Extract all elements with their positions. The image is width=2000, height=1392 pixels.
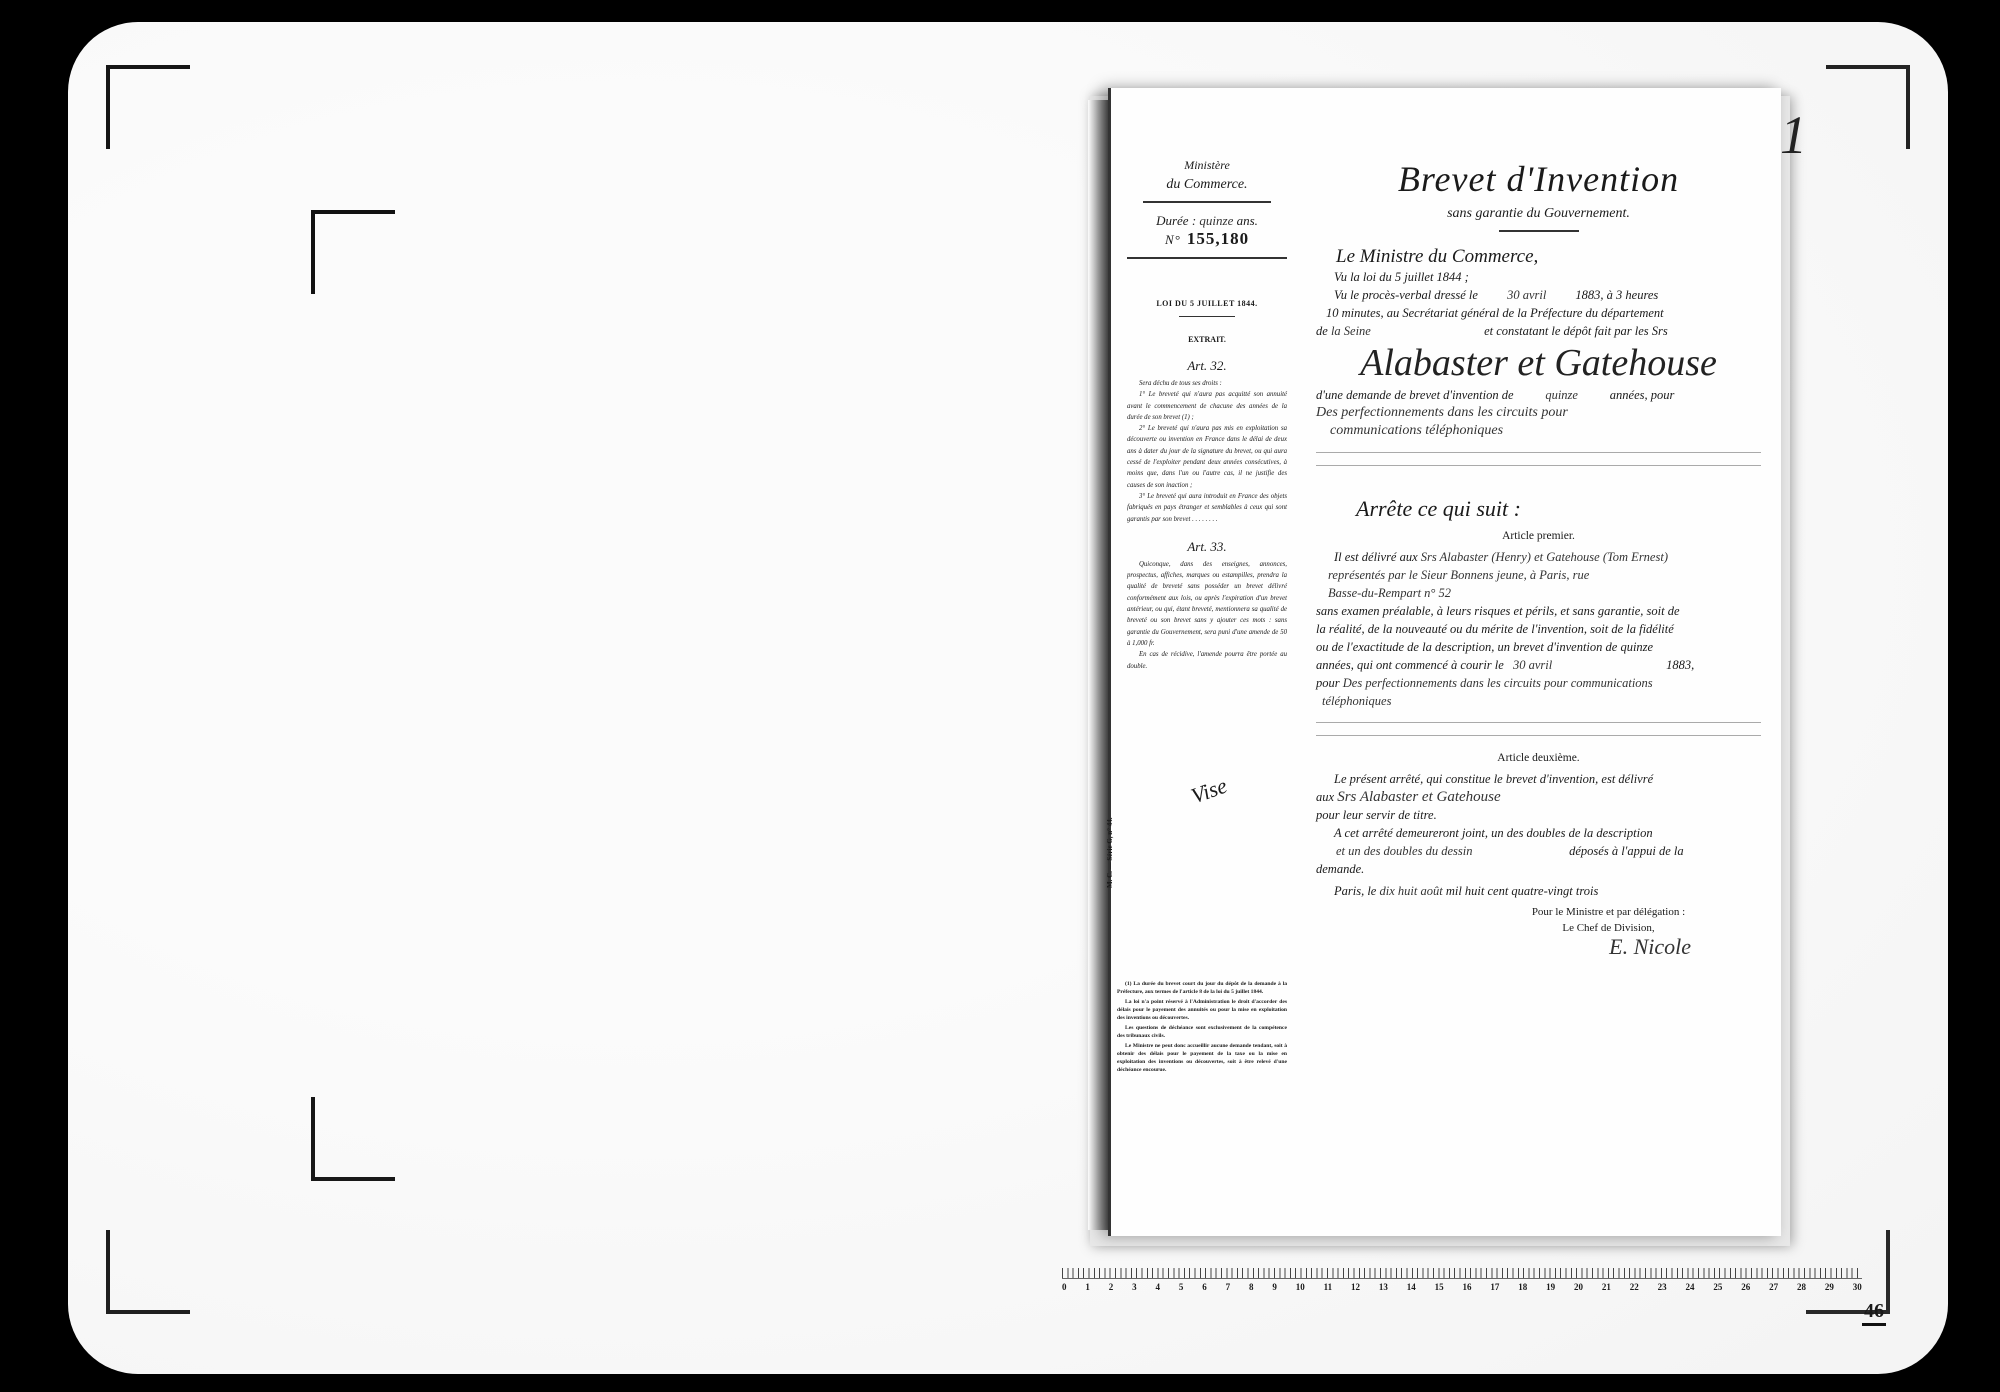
ruler-tick: 3 xyxy=(1132,1282,1137,1292)
art33-paragraph: En cas de récidive, l'amende pourra être… xyxy=(1127,649,1287,672)
divider xyxy=(1143,201,1271,203)
duration: Durée : quinze ans. xyxy=(1127,213,1287,229)
film-frame-number: 46 xyxy=(1862,1300,1886,1326)
article2-heading: Article deuxième. xyxy=(1316,752,1761,764)
crop-mark-bottom-left xyxy=(106,1230,190,1314)
ruler-tick: 5 xyxy=(1179,1282,1184,1292)
article2-attachments: et un des doubles du dessin xyxy=(1316,842,1566,860)
art32-text: Sera déchu de tous ses droits : 1° Le br… xyxy=(1127,378,1287,525)
issue-year: mil huit cent quatre-vingt trois xyxy=(1446,884,1599,898)
ruler-tick: 8 xyxy=(1249,1282,1254,1292)
text: Paris, le xyxy=(1334,884,1376,898)
invention-title-line1: Des perfectionnements dans les circuits … xyxy=(1316,404,1761,422)
number-value: 155,180 xyxy=(1187,229,1249,248)
ruler-tick: 24 xyxy=(1686,1282,1695,1292)
department-line: de la Seine et constatant le dépôt fait … xyxy=(1316,322,1761,340)
ruler-tick: 7 xyxy=(1226,1282,1231,1292)
text: Vu le procès-verbal dressé le xyxy=(1334,288,1478,302)
article1-beneficiaries: Srs Alabaster (Henry) et Gatehouse (Tom … xyxy=(1421,550,1668,564)
text: pour xyxy=(1316,676,1340,690)
article1-line1: Il est délivré aux Srs Alabaster (Henry)… xyxy=(1316,548,1761,566)
article1-representative: représentés par le Sieur Bonnens jeune, … xyxy=(1316,566,1761,584)
arrete-heading: Arrête ce qui suit : xyxy=(1316,496,1761,522)
article2-line: pour leur servir de titre. xyxy=(1316,806,1761,824)
footnote: Les questions de déchéance sont exclusiv… xyxy=(1117,1024,1287,1040)
crop-mark-inner-top-left xyxy=(311,210,395,294)
ruler-tick: 2 xyxy=(1109,1282,1114,1292)
ruler-tick: 14 xyxy=(1407,1282,1416,1292)
text: déposés à l'appui de la xyxy=(1569,844,1683,858)
art32-paragraph: 3° Le breveté qui aura introduit en Fran… xyxy=(1127,491,1287,525)
blank-line xyxy=(1316,735,1761,736)
ruler-tick: 25 xyxy=(1713,1282,1722,1292)
footnote: La loi n'a point réservé à l'Administrat… xyxy=(1117,998,1287,1022)
ruler-tick: 16 xyxy=(1463,1282,1472,1292)
demande-duration: quinze xyxy=(1517,386,1607,404)
article1-invention-line: pour Des perfectionnements dans les circ… xyxy=(1316,674,1761,692)
article2-recipients-line: aux Srs Alabaster et Gatehouse xyxy=(1316,788,1761,806)
invention-title-line2: communications téléphoniques xyxy=(1316,422,1761,440)
delegation-line: Pour le Ministre et par délégation : xyxy=(1456,906,1761,918)
divider xyxy=(1127,257,1287,259)
proces-year: 1883, à 3 heures xyxy=(1575,288,1658,302)
page-number: 1 xyxy=(1780,104,1807,166)
divider xyxy=(1499,230,1579,232)
number-prefix: N° xyxy=(1165,232,1181,247)
article2-attachments-line: et un des doubles du dessin déposés à l'… xyxy=(1316,842,1761,860)
text: années, pour xyxy=(1610,388,1675,402)
footnotes: (1) La durée du brevet court du jour du … xyxy=(1117,980,1287,1076)
crop-mark-top-right xyxy=(1826,65,1910,149)
art33-paragraph: Quiconque, dans des enseignes, annonces,… xyxy=(1127,559,1287,649)
department-value: la Seine xyxy=(1331,322,1481,340)
applicants-name: Alabaster et Gatehouse xyxy=(1316,340,1761,386)
ruler-tick: 26 xyxy=(1741,1282,1750,1292)
blank-line xyxy=(1316,465,1761,466)
ruler-tick: 28 xyxy=(1797,1282,1806,1292)
ministry-line1: Ministère xyxy=(1127,158,1287,173)
vu-loi: Vu la loi du 5 juillet 1844 ; xyxy=(1316,268,1761,286)
ruler-tick: 21 xyxy=(1602,1282,1611,1292)
blank-line xyxy=(1316,722,1761,723)
crop-mark-top-left xyxy=(106,65,190,149)
ruler-tick: 23 xyxy=(1658,1282,1667,1292)
ruler-tick: 9 xyxy=(1272,1282,1277,1292)
text: années, qui ont commencé à courir le xyxy=(1316,658,1504,672)
ruler-tick: 0 xyxy=(1062,1282,1067,1292)
measurement-ruler: 0123456789101112131415161718192021222324… xyxy=(1062,1268,1862,1298)
text: aux xyxy=(1316,790,1334,804)
article1-line: sans examen préalable, à leurs risques e… xyxy=(1316,602,1761,620)
ruler-tick: 15 xyxy=(1435,1282,1444,1292)
text: et constatant le dépôt fait par les Srs xyxy=(1484,324,1668,338)
duration-unit: ans. xyxy=(1237,213,1258,228)
art32-paragraph: 2° Le breveté qui n'aura pas mis en expl… xyxy=(1127,423,1287,491)
main-column: Brevet d'Invention sans garantie du Gouv… xyxy=(1316,158,1761,960)
article1-line: ou de l'exactitude de la description, un… xyxy=(1316,638,1761,656)
article1-heading: Article premier. xyxy=(1316,530,1761,542)
issue-date: dix huit août xyxy=(1379,884,1442,898)
article1-address: Basse-du-Rempart n° 52 xyxy=(1316,584,1761,602)
proces-line2: 10 minutes, au Secrétariat général de la… xyxy=(1316,304,1761,322)
ruler-tick-labels: 0123456789101112131415161718192021222324… xyxy=(1062,1282,1862,1292)
document-subtitle: sans garantie du Gouvernement. xyxy=(1316,206,1761,222)
ruler-tick: 12 xyxy=(1351,1282,1360,1292)
ruler-tick: 27 xyxy=(1769,1282,1778,1292)
crop-mark-inner-bottom-left xyxy=(311,1097,395,1181)
art33-heading: Art. 33. xyxy=(1127,539,1287,555)
patent-document: Ministère du Commerce. Durée : quinze an… xyxy=(1108,88,1781,1236)
article1-line: la réalité, de la nouveauté ou du mérite… xyxy=(1316,620,1761,638)
article1-invention: Des perfectionnements dans les circuits … xyxy=(1343,676,1653,690)
ruler-tick: 30 xyxy=(1853,1282,1862,1292)
ruler-scale xyxy=(1062,1268,1862,1279)
ministry-line2: du Commerce. xyxy=(1127,177,1287,193)
article1-invention-cont: téléphoniques xyxy=(1316,692,1761,710)
duration-value: quinze xyxy=(1199,213,1233,228)
footnote: (1) La durée du brevet court du jour du … xyxy=(1117,980,1287,996)
document-title: Brevet d'Invention xyxy=(1316,158,1761,200)
signature: E. Nicole xyxy=(1316,934,1761,960)
article1-date-line: années, qui ont commencé à courir le 30 … xyxy=(1316,656,1761,674)
left-column: Ministère du Commerce. Durée : quinze an… xyxy=(1127,158,1287,672)
ruler-tick: 29 xyxy=(1825,1282,1834,1292)
article1-year: 1883, xyxy=(1666,658,1694,672)
duration-label: Durée : xyxy=(1156,213,1196,228)
article2-recipients: Srs Alabaster et Gatehouse xyxy=(1337,789,1500,805)
article2-line: Le présent arrêté, qui constitue le brev… xyxy=(1316,770,1761,788)
patent-number: N°155,180 xyxy=(1127,229,1287,249)
ruler-tick: 22 xyxy=(1630,1282,1639,1292)
art32-paragraph: 1° Le breveté qui n'aura pas acquitté so… xyxy=(1127,389,1287,423)
blank-line xyxy=(1316,452,1761,453)
ruler-tick: 11 xyxy=(1324,1282,1333,1292)
ruler-tick: 13 xyxy=(1379,1282,1388,1292)
article1-date: 30 avril xyxy=(1507,656,1663,674)
article2-line: A cet arrêté demeureront joint, un des d… xyxy=(1316,824,1761,842)
ruler-tick: 4 xyxy=(1156,1282,1161,1292)
text: de xyxy=(1316,324,1328,338)
footnote: Le Ministre ne peut donc accueillir aucu… xyxy=(1117,1042,1287,1074)
proces-date: 30 avril xyxy=(1481,288,1572,302)
divider xyxy=(1179,316,1235,317)
ruler-tick: 1 xyxy=(1085,1282,1090,1292)
demande-line: d'une demande de brevet d'invention de q… xyxy=(1316,386,1761,404)
visa-mark: Vise xyxy=(1188,773,1231,810)
text: d'une demande de brevet d'invention de xyxy=(1316,388,1514,402)
chef-division: Le Chef de Division, xyxy=(1456,922,1761,934)
ruler-tick: 17 xyxy=(1490,1282,1499,1292)
art33-text: Quiconque, dans des enseignes, annonces,… xyxy=(1127,559,1287,672)
ruler-tick: 18 xyxy=(1518,1282,1527,1292)
law-title: LOI DU 5 JUILLET 1844. xyxy=(1127,299,1287,308)
paris-date-line: Paris, le dix huit août mil huit cent qu… xyxy=(1316,882,1761,900)
text: Il est délivré aux xyxy=(1334,550,1418,564)
art32-heading: Art. 32. xyxy=(1127,358,1287,374)
ruler-tick: 6 xyxy=(1202,1282,1207,1292)
ruler-tick: 19 xyxy=(1546,1282,1555,1292)
article2-line: demande. xyxy=(1316,860,1761,878)
vu-proces: Vu le procès-verbal dressé le 30 avril 1… xyxy=(1316,286,1761,304)
extract-label: EXTRAIT. xyxy=(1127,335,1287,344)
ruler-tick: 10 xyxy=(1296,1282,1305,1292)
minister-heading: Le Ministre du Commerce, xyxy=(1316,246,1761,268)
art32-paragraph: Sera déchu de tous ses droits : xyxy=(1127,378,1287,389)
ruler-tick: 20 xyxy=(1574,1282,1583,1292)
ministry-header: Ministère du Commerce. xyxy=(1127,158,1287,193)
series-label: M. C. — Série G, n° 44. xyxy=(1106,818,1114,888)
